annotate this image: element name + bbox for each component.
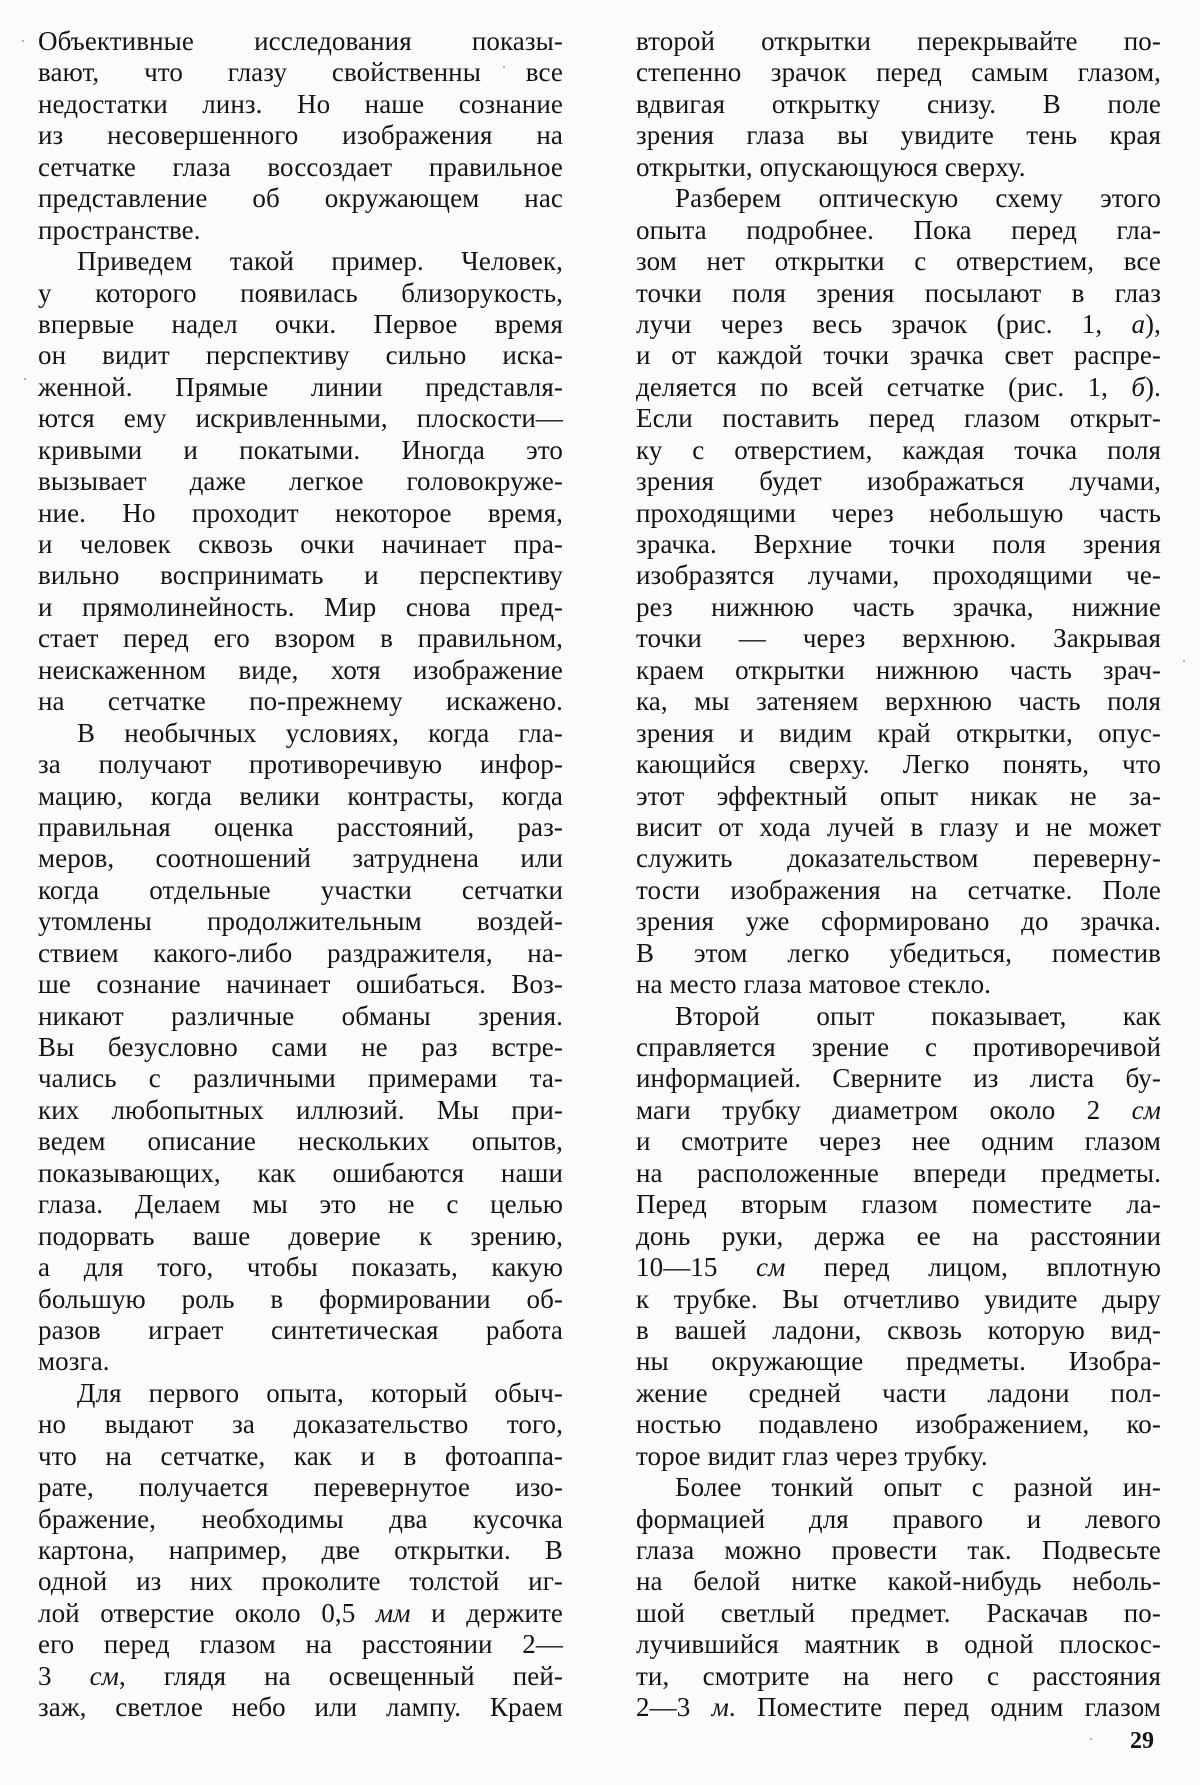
right-text-column: второй открытки перекрывайте по-степенно…	[636, 26, 1161, 1724]
text-line: второй открытки перекрывайте по-	[636, 26, 1161, 57]
text-line: зрения и видим край открытки, опус-	[636, 718, 1161, 749]
text-line: вызывает даже легкое головокруже-	[38, 466, 563, 497]
text-line: бражение, необходимы два кусочка	[38, 1504, 563, 1535]
text-line: никают различные обманы зрения.	[38, 1001, 563, 1032]
text-line: а для того, чтобы показать, какую	[38, 1252, 563, 1283]
text-line: одной из них проколите толстой иг-	[38, 1566, 563, 1597]
text-line: торое видит глаз через трубку.	[636, 1441, 1161, 1472]
text-line: лой отверстие около 0,5 мм и держите	[38, 1598, 563, 1629]
text-line: тости изображения на сетчатке. Поле	[636, 875, 1161, 906]
text-line: но выдают за доказательство того,	[38, 1409, 563, 1440]
text-line: рез нижнюю часть зрачка, нижние	[636, 592, 1161, 623]
text-line: Второй опыт показывает, как	[636, 1001, 1161, 1032]
text-line: на расположенные впереди предметы.	[636, 1158, 1161, 1189]
text-line: из несовершенного изображения на	[38, 120, 563, 151]
text-line: на сетчатке по-прежнему искажено.	[38, 686, 563, 717]
text-line: у которого появилась близорукость,	[38, 278, 563, 309]
text-line: 3 см, глядя на освещенный пей-	[38, 1661, 563, 1692]
text-line: изобразятся лучами, проходящими че-	[636, 560, 1161, 591]
text-line: ствием какого-либо раздражителя, на-	[38, 938, 563, 969]
text-line: Разберем оптическую схему этого	[636, 183, 1161, 214]
text-line: его перед глазом на расстоянии 2—	[38, 1629, 563, 1660]
text-line: неискаженном виде, хотя изображение	[38, 655, 563, 686]
text-line: Приведем такой пример. Человек,	[38, 246, 563, 277]
text-line: стает перед его взором в правильном,	[38, 623, 563, 654]
text-line: ше сознание начинает ошибаться. Воз-	[38, 969, 563, 1000]
text-line: ких любопытных иллюзий. Мы при-	[38, 1095, 563, 1126]
text-line: деляется по всей сетчатке (рис. 1, б).	[636, 372, 1161, 403]
scan-speck	[22, 40, 24, 42]
text-line: справляется зрение с противоречивой	[636, 1032, 1161, 1063]
text-line: этот эффектный опыт никак не за-	[636, 781, 1161, 812]
text-line: меров, соотношений затруднена или	[38, 843, 563, 874]
text-line: служить доказательством переверну-	[636, 843, 1161, 874]
text-line: ются ему искривленными, плоскости—	[38, 403, 563, 434]
text-line: зрения глаза вы увидите тень края	[636, 120, 1161, 151]
text-line: донь руки, держа ее на расстоянии	[636, 1221, 1161, 1252]
text-line: кривыми и покатыми. Иногда это	[38, 435, 563, 466]
text-line: ны окружающие предметы. Изобра-	[636, 1346, 1161, 1377]
text-line: зрения будет изображаться лучами,	[636, 466, 1161, 497]
text-line: на место глаза матовое стекло.	[636, 969, 1161, 1000]
text-line: проходящими через небольшую часть	[636, 498, 1161, 529]
text-line: пространстве.	[38, 215, 563, 246]
text-line: недостатки линз. Но наше сознание	[38, 89, 563, 120]
text-line: представление об окружающем нас	[38, 183, 563, 214]
text-line: ведем описание нескольких опытов,	[38, 1126, 563, 1157]
text-line: точки поля зрения посылают в глаз	[636, 278, 1161, 309]
text-line: женной. Прямые линии представля-	[38, 372, 563, 403]
text-line: рате, получается перевернутое изо-	[38, 1472, 563, 1503]
text-line: Объективные исследования показы-	[38, 26, 563, 57]
text-line: Более тонкий опыт с разной ин-	[636, 1472, 1161, 1503]
text-line: жение средней части ладони пол-	[636, 1378, 1161, 1409]
text-line: ку с отверстием, каждая точка поля	[636, 435, 1161, 466]
left-text-column: Объективные исследования показы-вают, чт…	[38, 26, 563, 1724]
text-line: кающийся сверху. Легко понять, что	[636, 749, 1161, 780]
text-line: правильная оценка расстояний, раз-	[38, 812, 563, 843]
text-line: за получают противоречивую инфор-	[38, 749, 563, 780]
text-line: формацией для правого и левого	[636, 1504, 1161, 1535]
book-page: Объективные исследования показы-вают, чт…	[0, 0, 1200, 1785]
text-line: подорвать ваше доверие к зрению,	[38, 1221, 563, 1252]
text-line: шой светлый предмет. Раскачав по-	[636, 1598, 1161, 1629]
text-line: информацией. Сверните из листа бу-	[636, 1063, 1161, 1094]
text-line: 2—3 м. Поместите перед одним глазом	[636, 1692, 1161, 1723]
text-line: когда отдельные участки сетчатки	[38, 875, 563, 906]
text-line: картона, например, две открытки. В	[38, 1535, 563, 1566]
text-line: Для первого опыта, который обыч-	[38, 1378, 563, 1409]
scan-speck	[503, 66, 505, 68]
text-line: краем открытки нижнюю часть зрач-	[636, 655, 1161, 686]
text-line: В этом легко убедиться, поместив	[636, 938, 1161, 969]
scan-speck	[1090, 1738, 1092, 1740]
text-line: впервые надел очки. Первое время	[38, 309, 563, 340]
text-line: мозга.	[38, 1346, 563, 1377]
text-line: на белой нитке какой-нибудь неболь-	[636, 1566, 1161, 1597]
text-line: ние. Но проходит некоторое время,	[38, 498, 563, 529]
text-line: разов играет синтетическая работа	[38, 1315, 563, 1346]
text-line: опыта подробнее. Пока перед гла-	[636, 215, 1161, 246]
text-line: В необычных условиях, когда гла-	[38, 718, 563, 749]
text-line: и человек сквозь очки начинает пра-	[38, 529, 563, 560]
text-line: утомлены продолжительным воздей-	[38, 906, 563, 937]
text-line: висит от хода лучей в глазу и не может	[636, 812, 1161, 843]
text-line: и прямолинейность. Мир снова пред-	[38, 592, 563, 623]
scan-speck	[24, 378, 26, 380]
text-line: глаза. Делаем мы это не с целью	[38, 1189, 563, 1220]
text-line: заж, светлое небо или лампу. Краем	[38, 1692, 563, 1723]
text-line: большую роль в формировании об-	[38, 1284, 563, 1315]
text-line: и от каждой точки зрачка свет распре-	[636, 340, 1161, 371]
text-line: лучившийся маятник в одной плоскос-	[636, 1629, 1161, 1660]
text-line: Вы безусловно сами не раз встре-	[38, 1032, 563, 1063]
text-line: Перед вторым глазом поместите ла-	[636, 1189, 1161, 1220]
text-line: вдвигая открытку снизу. В поле	[636, 89, 1161, 120]
text-line: мацию, когда велики контрасты, когда	[38, 781, 563, 812]
text-line: к трубке. Вы отчетливо увидите дыру	[636, 1284, 1161, 1315]
text-line: зрачка. Верхние точки поля зрения	[636, 529, 1161, 560]
text-line: зрения уже сформировано до зрачка.	[636, 906, 1161, 937]
text-line: ти, смотрите на него с расстояния	[636, 1661, 1161, 1692]
text-line: что на сетчатке, как и в фотоаппа-	[38, 1441, 563, 1472]
text-line: ностью подавлено изображением, ко-	[636, 1409, 1161, 1440]
text-line: показывающих, как ошибаются наши	[38, 1158, 563, 1189]
text-line: Если поставить перед глазом открыт-	[636, 403, 1161, 434]
text-line: ка, мы затеняем верхнюю часть поля	[636, 686, 1161, 717]
text-line: глаза можно провести так. Подвесьте	[636, 1535, 1161, 1566]
text-line: и смотрите через нее одним глазом	[636, 1126, 1161, 1157]
text-line: сетчатке глаза воссоздает правильное	[38, 152, 563, 183]
text-line: вают, что глазу свойственны все	[38, 57, 563, 88]
text-line: в вашей ладони, сквозь которую вид-	[636, 1315, 1161, 1346]
text-line: открытки, опускающуюся сверху.	[636, 152, 1161, 183]
page-number: 29	[1130, 1728, 1154, 1755]
text-line: степенно зрачок перед самым глазом,	[636, 57, 1161, 88]
text-line: 10—15 см перед лицом, вплотную	[636, 1252, 1161, 1283]
text-line: маги трубку диаметром около 2 см	[636, 1095, 1161, 1126]
text-line: зом нет открытки с отверстием, все	[636, 246, 1161, 277]
text-line: чались с различными примерами та-	[38, 1063, 563, 1094]
text-line: лучи через весь зрачок (рис. 1, а),	[636, 309, 1161, 340]
scan-speck	[1183, 660, 1185, 662]
text-line: он видит перспективу сильно иска-	[38, 340, 563, 371]
text-line: точки — через верхнюю. Закрывая	[636, 623, 1161, 654]
text-line: вильно воспринимать и перспективу	[38, 560, 563, 591]
